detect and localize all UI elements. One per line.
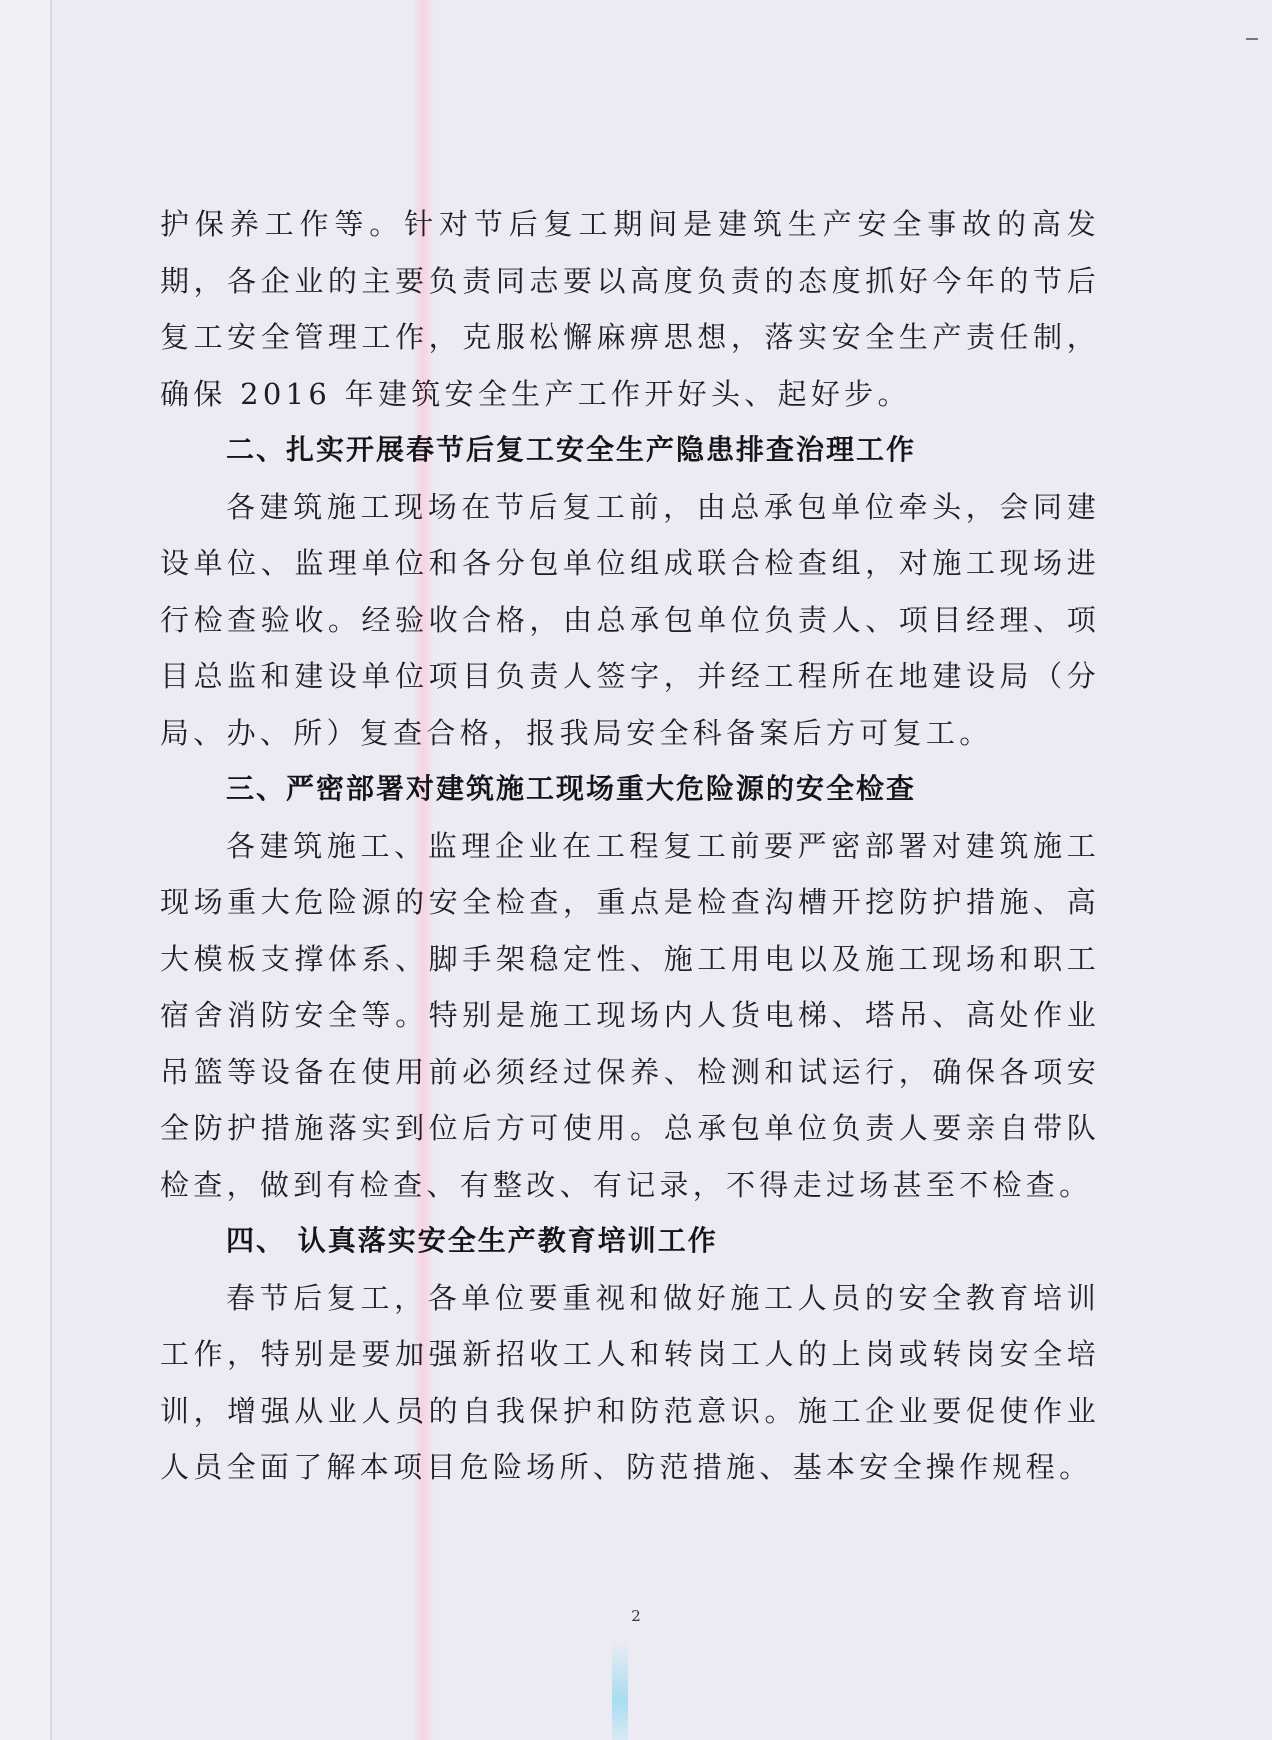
paragraph-section-4: 春节后复工，各单位要重视和做好施工人员的安全教育培训工作，特别是要加强新招收工人… [160, 1270, 1100, 1496]
scan-artifact-mark [1246, 38, 1258, 40]
page-number: 2 [0, 1607, 1272, 1625]
paragraph-section-2: 各建筑施工现场在节后复工前，由总承包单位牵头，会同建设单位、监理单位和各分包单位… [160, 479, 1100, 762]
section-heading-2: 二、扎实开展春节后复工安全生产隐患排查治理工作 [160, 422, 1100, 479]
binding-edge [0, 0, 52, 1740]
scan-artifact-cyan-mark [612, 1640, 628, 1740]
section-heading-4: 四、 认真落实安全生产教育培训工作 [160, 1213, 1100, 1270]
section-heading-3: 三、严密部署对建筑施工现场重大危险源的安全检查 [160, 761, 1100, 818]
paragraph-continuation: 护保养工作等。针对节后复工期间是建筑生产安全事故的高发期，各企业的主要负责同志要… [160, 196, 1100, 422]
paragraph-section-3: 各建筑施工、监理企业在工程复工前要严密部署对建筑施工现场重大危险源的安全检查，重… [160, 818, 1100, 1214]
document-body: 护保养工作等。针对节后复工期间是建筑生产安全事故的高发期，各企业的主要负责同志要… [160, 196, 1100, 1496]
